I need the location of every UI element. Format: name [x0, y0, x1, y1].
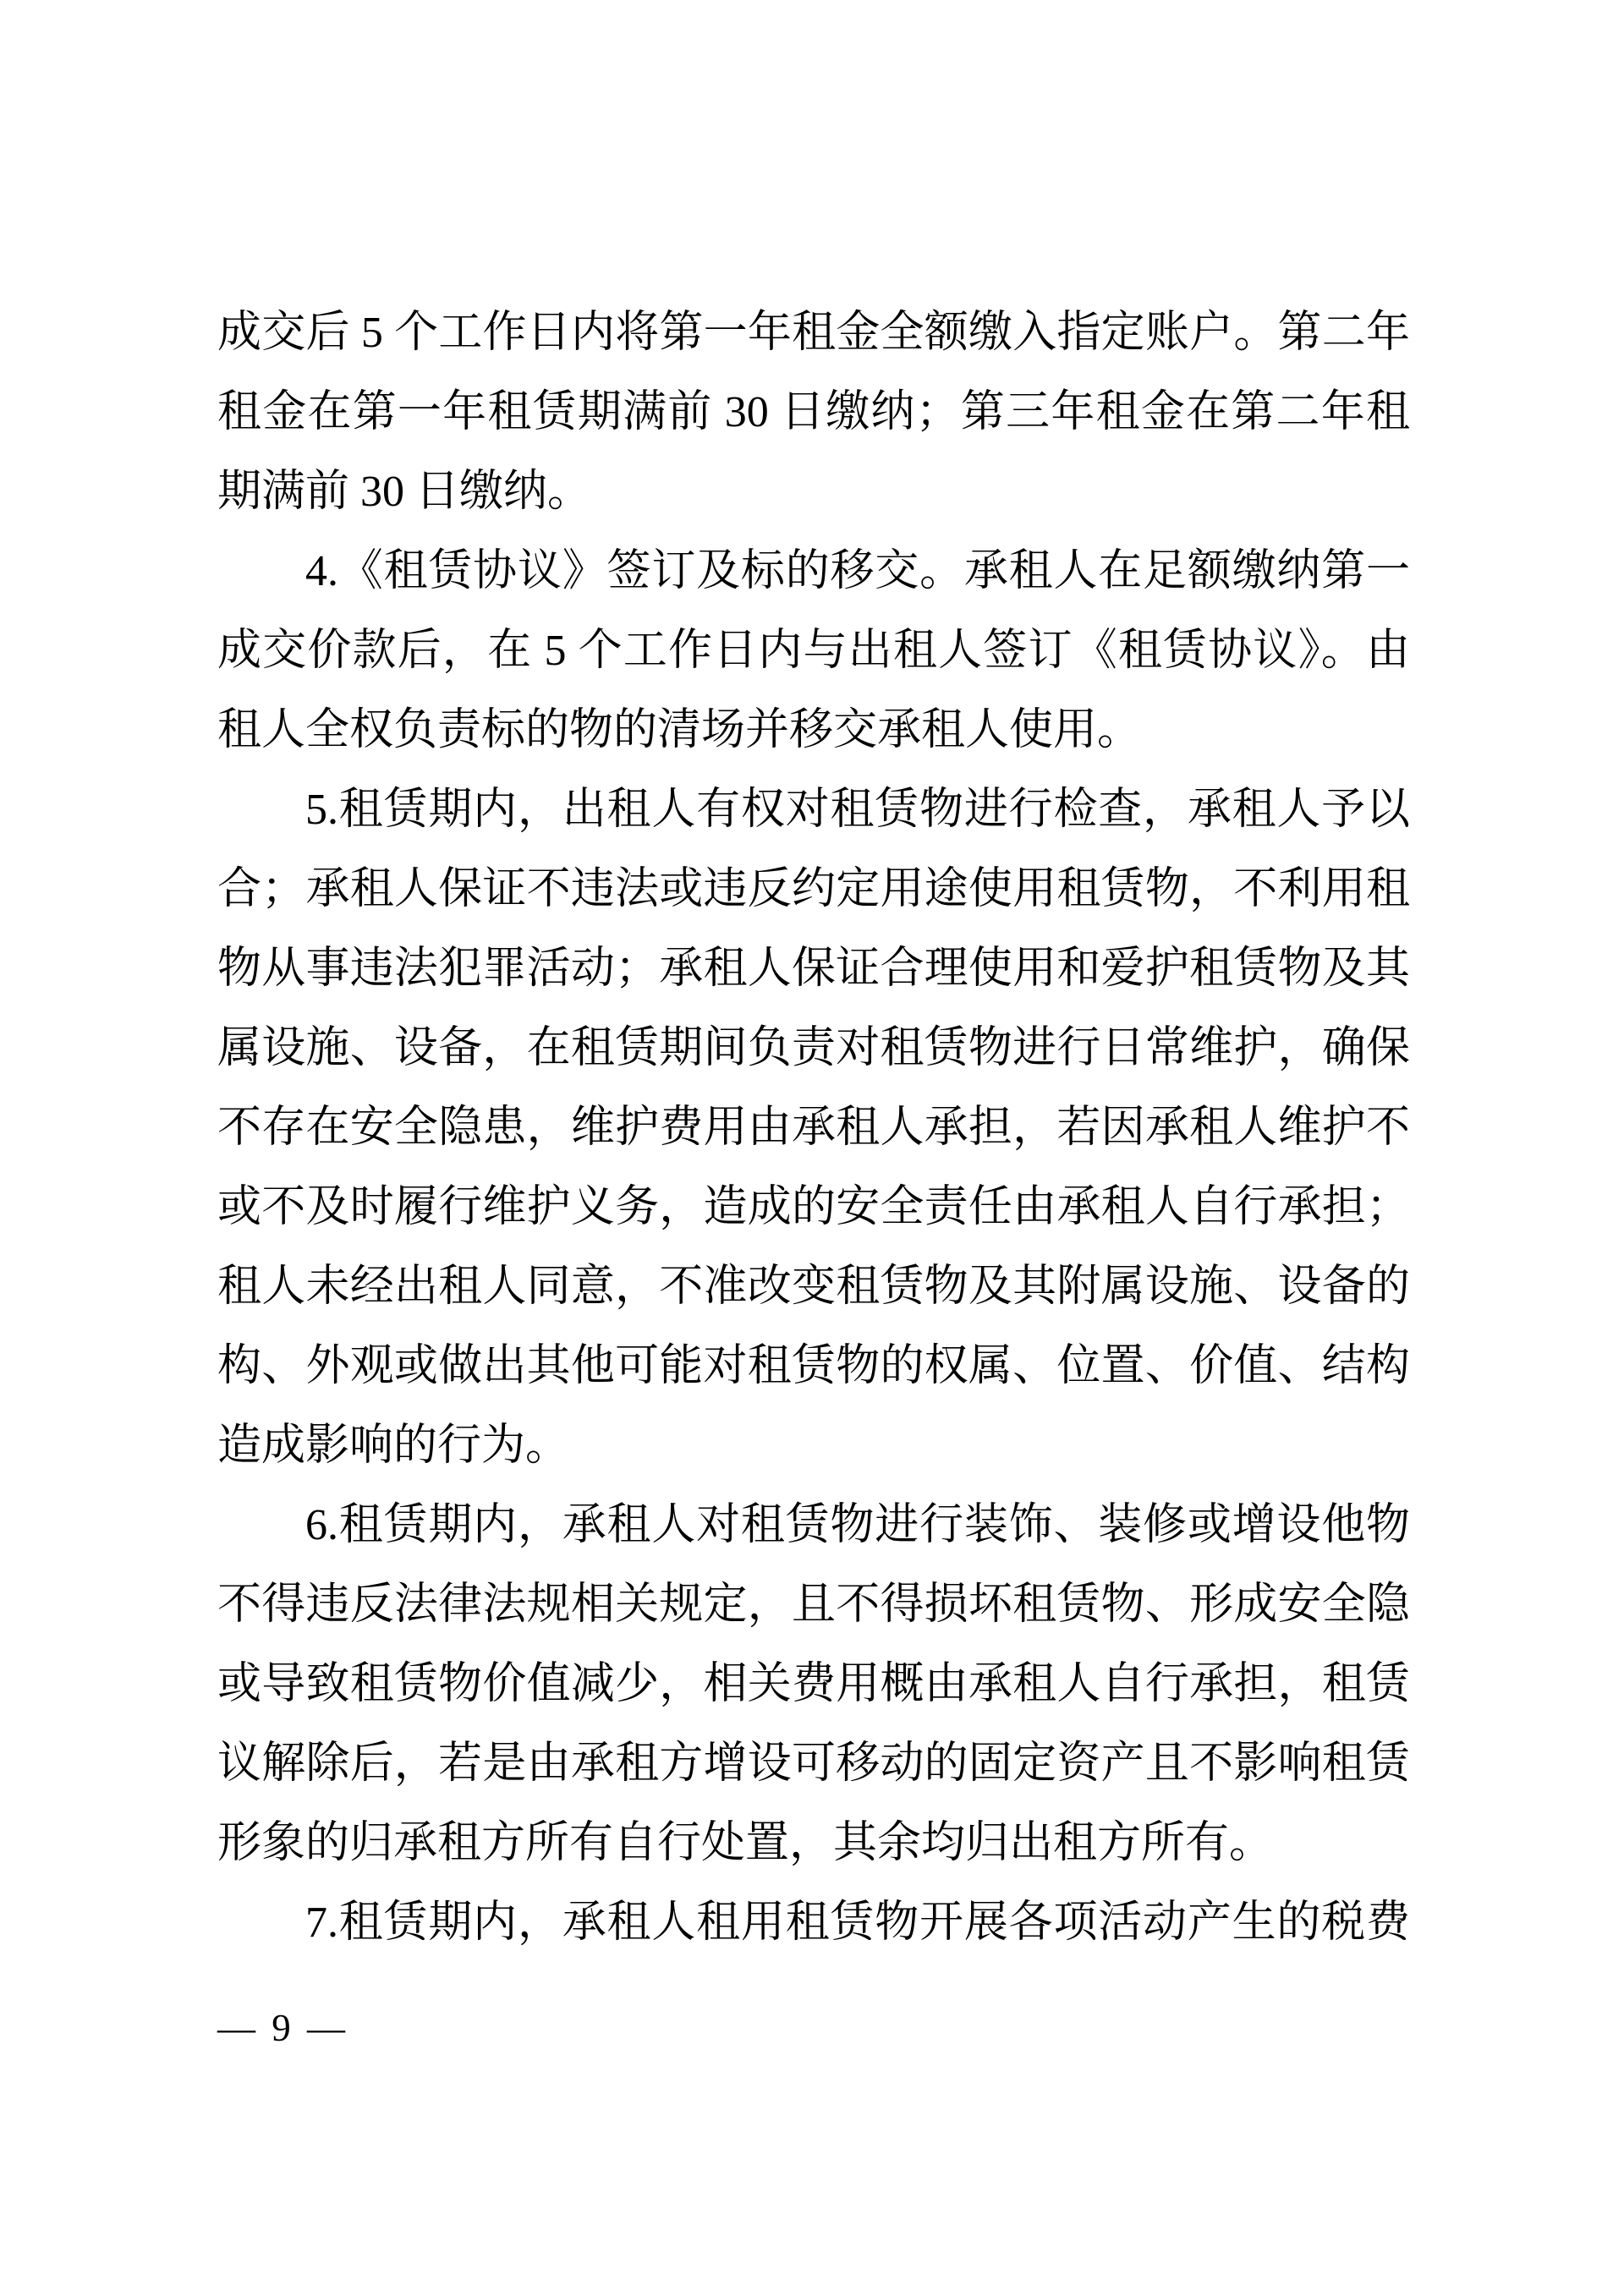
- text-line: 成交价款后，在 5 个工作日内与出租人签订《租赁协议》。由出: [217, 611, 1410, 691]
- text-line: 租人未经出租人同意，不准改变租赁物及其附属设施、设备的结: [217, 1247, 1410, 1327]
- text-line: 形象的归承租方所有自行处置，其余均归出租方所有。: [217, 1804, 1410, 1883]
- body-text: 成交后 5 个工作日内将第一年租金全额缴入指定账户。第二年的 租金在第一年租赁期…: [217, 293, 1410, 1963]
- text-line: 议解除后，若是由承租方增设可移动的固定资产且不影响租赁物: [217, 1724, 1410, 1804]
- text-line: 不得违反法律法规相关规定，且不得损坏租赁物、形成安全隐患: [217, 1565, 1410, 1645]
- text-line: 物从事违法犯罪活动；承租人保证合理使用和爱护租赁物及其附: [217, 929, 1410, 1009]
- text-line-paragraph-start: 7.租赁期内，承租人租用租赁物开展各项活动产生的税费及: [217, 1883, 1410, 1963]
- text-line: 合；承租人保证不违法或违反约定用途使用租赁物，不利用租赁: [217, 850, 1410, 929]
- text-line-paragraph-start: 4.《租赁协议》签订及标的移交。承租人在足额缴纳第一年: [217, 532, 1410, 611]
- text-line: 租人全权负责标的物的清场并移交承租人使用。: [217, 691, 1410, 770]
- text-line: 造成影响的行为。: [217, 1406, 1410, 1486]
- text-line-paragraph-start: 5.租赁期内，出租人有权对租赁物进行检查，承租人予以配: [217, 770, 1410, 850]
- document-page: 成交后 5 个工作日内将第一年租金全额缴入指定账户。第二年的 租金在第一年租赁期…: [0, 0, 1624, 2296]
- text-line: 属设施、设备，在租赁期间负责对租赁物进行日常维护，确保其: [217, 1009, 1410, 1088]
- text-line: 租金在第一年租赁期满前 30 日缴纳；第三年租金在第二年租赁: [217, 373, 1410, 452]
- text-line: 或导致租赁物价值减少，相关费用概由承租人自行承担，租赁协: [217, 1645, 1410, 1724]
- text-line-paragraph-start: 6.租赁期内，承租人对租赁物进行装饰、装修或增设他物的，: [217, 1486, 1410, 1565]
- text-line: 或不及时履行维护义务，造成的安全责任由承租人自行承担；承: [217, 1168, 1410, 1247]
- text-line: 构、外观或做出其他可能对租赁物的权属、位置、价值、结构等: [217, 1327, 1410, 1406]
- text-line: 成交后 5 个工作日内将第一年租金全额缴入指定账户。第二年的: [217, 293, 1410, 373]
- text-line: 不存在安全隐患，维护费用由承租人承担，若因承租人维护不当: [217, 1088, 1410, 1168]
- text-line: 期满前 30 日缴纳。: [217, 452, 1410, 532]
- page-number: — 9 —: [217, 2003, 348, 2053]
